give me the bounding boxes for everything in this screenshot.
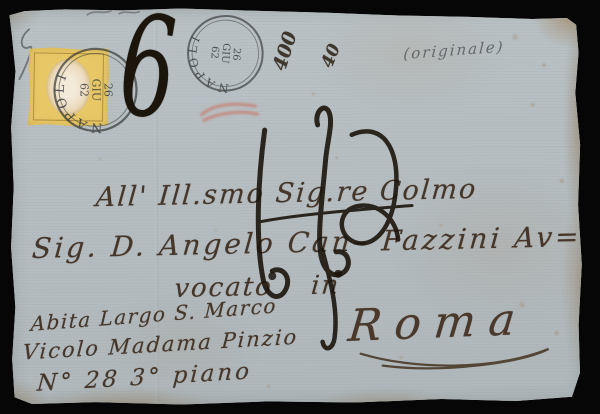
manuscript-rate-note: 400 (269, 29, 302, 73)
postmark-year: 62 (77, 83, 90, 97)
large-ink-paraph-mark (248, 101, 419, 352)
letter-cover: NAPOLI 26 GIU 62 NAPOLI 26 GIU 62 6 (7, 5, 586, 408)
postmark-year: 62 (208, 46, 220, 60)
photo-frame: NAPOLI 26 GIU 62 NAPOLI 26 GIU 62 6 (0, 0, 600, 414)
svg-text:NAPOLI: NAPOLI (48, 63, 105, 141)
manuscript-due-numeral: 6 (117, 0, 179, 142)
postmark-town: NAPOLI (48, 63, 105, 141)
manuscript-rate-note: 40 (318, 41, 345, 70)
pencil-note: (originale) (403, 37, 505, 63)
napoli-datestamp: NAPOLI 26 GIU 62 (182, 10, 269, 97)
